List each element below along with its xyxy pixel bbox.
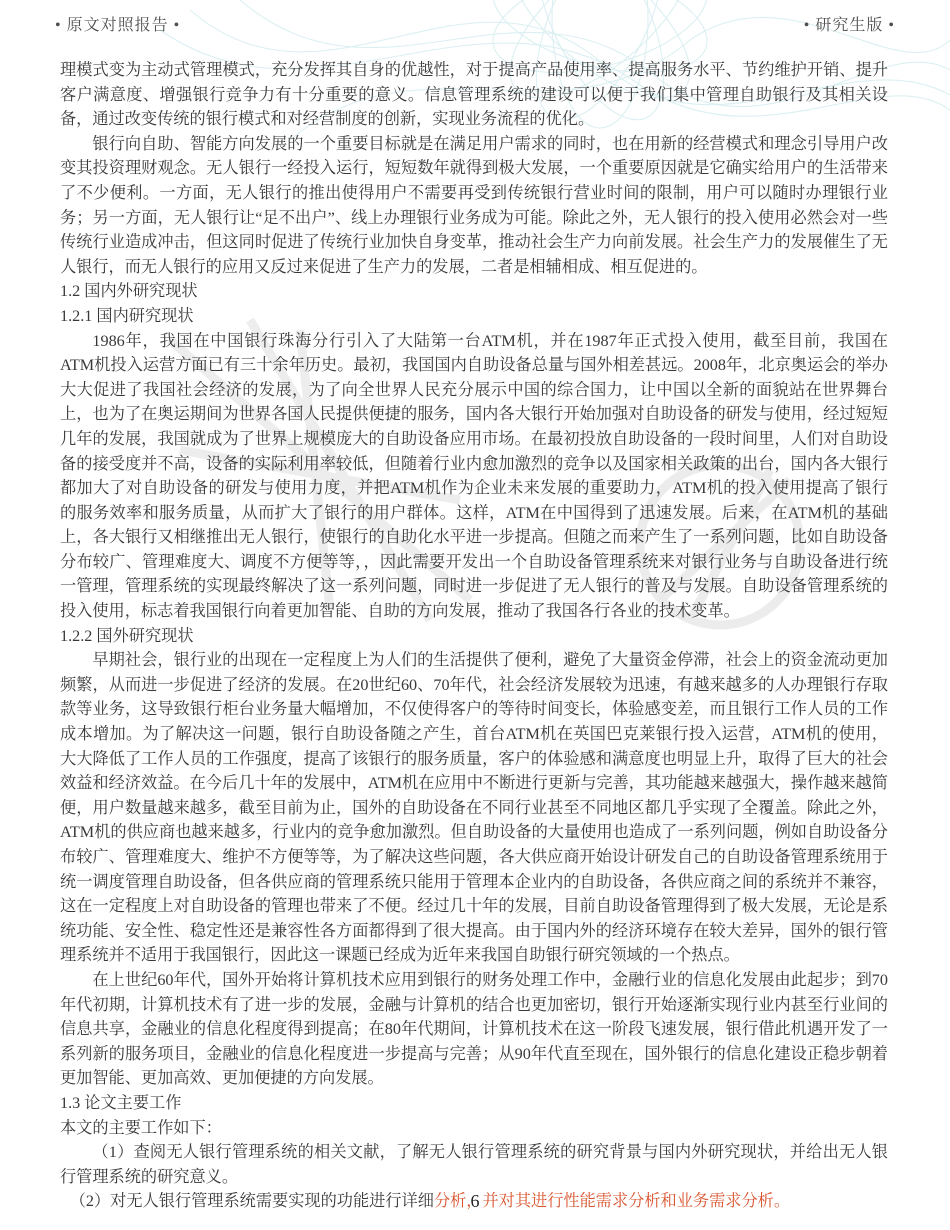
document-body: 理模式变为主动式管理模式，充分发挥其自身的优越性，对于提高产品使用率、提高服务水… [60, 58, 888, 1214]
header-right-label: • 研究生版 • [804, 12, 895, 35]
paragraph-bank-selfservice: 银行向自助、智能方向发展的一个重要目标就是在满足用户需求的同时，也在用新的经营模… [60, 132, 888, 280]
section-heading-1-3: 1.3 论文主要工作 [60, 1091, 888, 1116]
page-number: 6 [471, 1191, 480, 1211]
section-heading-1-2: 1.2 国内外研究现状 [60, 279, 888, 304]
paragraph-foreign-research: 早期社会，银行业的出现在一定程度上为人们的生活提供了便利，避免了大量资金停滞，社… [60, 648, 888, 968]
page-footer: 6 [0, 1191, 950, 1212]
section-heading-1-2-2: 1.2.2 国外研究现状 [60, 624, 888, 649]
paragraph-computerization: 在上世纪60年代，国外开始将计算机技术应用到银行的财务处理工作中，金融行业的信息… [60, 968, 888, 1091]
report-page: • 原文对照报告 • • 研究生版 • 理模式变为主动式管理模式，充分发挥其自身… [0, 0, 950, 1230]
paragraph-domestic-research: 1986年，我国在中国银行珠海分行引入了大陆第一台ATM机，并在1987年正式投… [60, 329, 888, 624]
paragraph-work-item-1: （1）查阅无人银行管理系统的相关文献，了解无人银行管理系统的研究背景与国内外研究… [60, 1140, 888, 1189]
header-left-label: • 原文对照报告 • [55, 12, 180, 35]
paragraph-work-intro: 本文的主要工作如下： [60, 1116, 888, 1141]
paragraph-management-mode: 理模式变为主动式管理模式，充分发挥其自身的优越性，对于提高产品使用率、提高服务水… [60, 58, 888, 132]
page-header: • 原文对照报告 • • 研究生版 • [55, 12, 895, 35]
section-heading-1-2-1: 1.2.1 国内研究现状 [60, 304, 888, 329]
